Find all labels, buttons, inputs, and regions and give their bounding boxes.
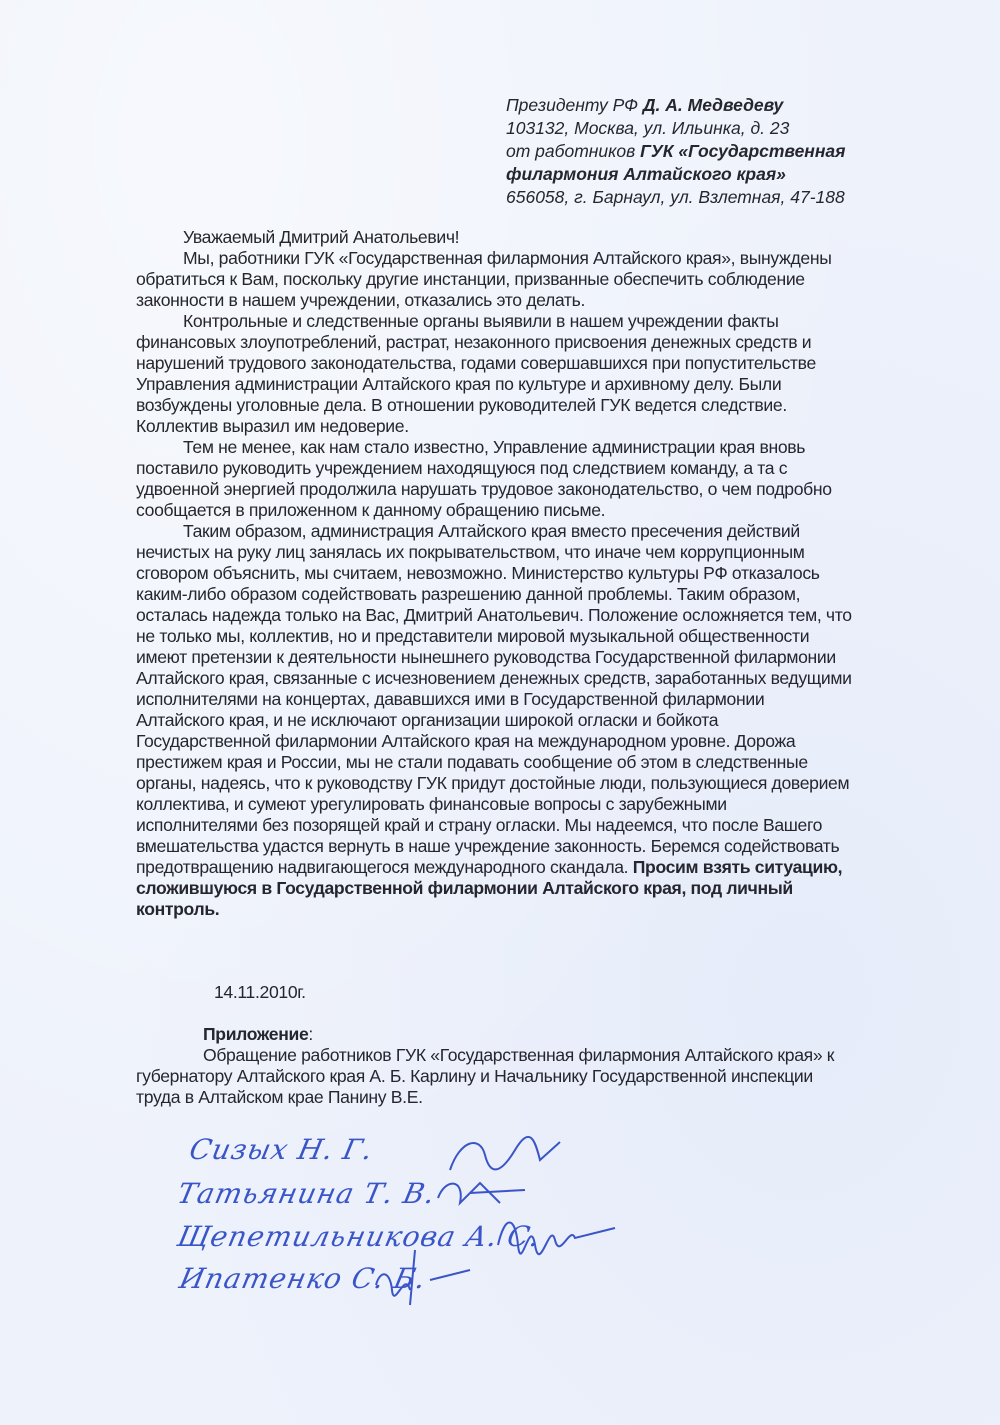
closing-line-3: контроль.: [136, 899, 219, 920]
body-line: поставило руководить учреждением находящ…: [136, 458, 787, 479]
body-line: коллектива, и сумеют урегулировать финан…: [136, 794, 727, 815]
body-line: каким-либо образом содействовать разреше…: [136, 584, 800, 605]
closing-regular-text: предотвращению надвигающегося международ…: [136, 857, 633, 877]
body-line: нечистых на руку лиц занялась их покрыва…: [136, 542, 805, 563]
body-line: исполнителями без позорящей край и стран…: [136, 815, 822, 836]
closing-request-text: Просим взять ситуацию,: [633, 857, 842, 877]
body-line: Контрольные и следственные органы выявил…: [183, 311, 779, 332]
attachment-line: труда в Алтайском крае Панину В.Е.: [136, 1087, 423, 1108]
closing-line-1: предотвращению надвигающегося международ…: [136, 857, 842, 878]
body-line: престижем края и России, мы не стали под…: [136, 752, 808, 773]
sender-org: ГУК «Государственная: [640, 141, 845, 161]
body-line: вмешательства удастся вернуть в наше учр…: [136, 836, 839, 857]
body-line: Таким образом, администрация Алтайского …: [183, 521, 800, 542]
attachment-heading-colon: :: [308, 1024, 313, 1044]
body-line: обратиться к Вам, поскольку другие инста…: [136, 269, 805, 290]
body-line: не только мы, коллектив, но и представит…: [136, 626, 809, 647]
body-line: имеют претензии к деятельности нынешнего…: [136, 647, 836, 668]
body-line: нарушений трудового законодательства, го…: [136, 353, 816, 374]
body-line: Мы, работники ГУК «Государственная филар…: [183, 248, 832, 269]
attachment-heading-label: Приложение: [203, 1024, 308, 1044]
attachment-line: Обращение работников ГУК «Государственна…: [203, 1045, 834, 1066]
body-line: сговором объяснить, мы считаем, невозмож…: [136, 563, 820, 584]
body-line: Алтайского края, и не исключают организа…: [136, 710, 718, 731]
body-line: возбуждены уголовные дела. В отношении р…: [136, 395, 787, 416]
sender-address: 656058, г. Барнаул, ул. Взлетная, 47-188: [506, 187, 845, 208]
addressee-title: Президенту РФ: [506, 95, 643, 115]
body-line: Государственной филармонии Алтайского кр…: [136, 731, 795, 752]
signature-name: Щепетильникова А. С.: [174, 1220, 543, 1253]
body-line: финансовых злоупотреблений, растрат, нез…: [136, 332, 811, 353]
body-line: Алтайского края, связанные с исчезновени…: [136, 668, 852, 689]
body-line: осталась надежда только на Вас, Дмитрий …: [136, 605, 852, 626]
body-line: Коллектив выразил им недоверие.: [136, 416, 409, 437]
addressee-address: 103132, Москва, ул. Ильинка, д. 23: [506, 118, 789, 139]
body-line: органы, надеясь, что к руководству ГУК п…: [136, 773, 849, 794]
body-line: сообщается в приложенном к данному обращ…: [136, 500, 605, 521]
addressee-name: Д. А. Медведеву: [643, 95, 783, 115]
body-line: удвоенной энергией продолжила нарушать т…: [136, 479, 832, 500]
sender-prefix: от работников: [506, 141, 640, 161]
sender-line-1: от работников ГУК «Государственная: [506, 141, 845, 162]
letter-date: 14.11.2010г.: [214, 982, 306, 1003]
attachment-heading: Приложение:: [203, 1024, 313, 1045]
signature-scribble: [370, 1240, 480, 1310]
signature-name: Татьянина Т. В.: [174, 1177, 438, 1210]
signature-scribble: [490, 1200, 620, 1270]
closing-line-2: сложившуюся в Государственной филармонии…: [136, 878, 793, 899]
signature-name: Сизых Н. Г.: [186, 1133, 376, 1166]
body-line: Тем не менее, как нам стало известно, Уп…: [183, 437, 805, 458]
body-line: исполнителями на концертах, дававшихся и…: [136, 689, 764, 710]
attachment-line: губернатору Алтайского края А. Б. Карлин…: [136, 1066, 813, 1087]
addressee-line-1: Президенту РФ Д. А. Медведеву: [506, 95, 783, 116]
body-line: Управления администрации Алтайского края…: [136, 374, 781, 395]
body-line: законности в нашем учреждении, отказалис…: [136, 290, 585, 311]
salutation: Уважаемый Дмитрий Анатольевич!: [183, 227, 459, 248]
sender-org-cont: филармония Алтайского края»: [506, 164, 786, 185]
